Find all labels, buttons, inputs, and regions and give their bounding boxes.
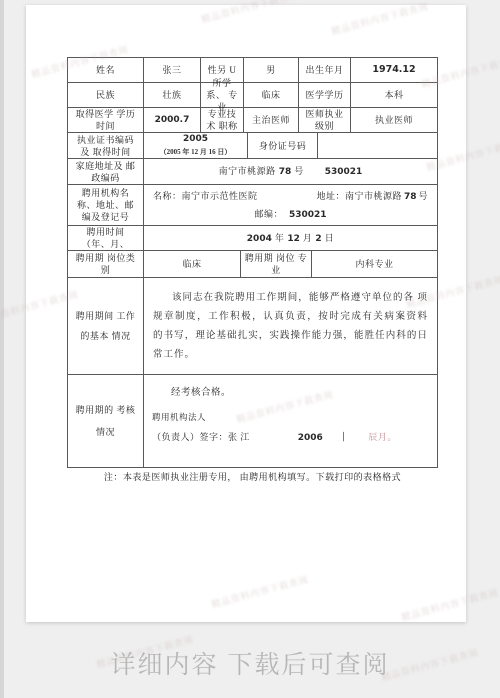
field-value-post-category: 临床 bbox=[143, 251, 240, 277]
certificate-number: 2005 bbox=[183, 133, 208, 145]
stamp-text: 辰月。 bbox=[368, 431, 397, 443]
field-value-employment-date: 2004 年 12 月 2 日 bbox=[143, 226, 437, 250]
field-value-major: 临床 bbox=[243, 83, 298, 107]
field-label-post-category: 聘用期 岗位类 别 bbox=[68, 251, 143, 277]
field-label-major: 所学系、 专 业 bbox=[200, 83, 243, 107]
field-label-birthdate: 出生年月 bbox=[298, 58, 350, 82]
work-summary-paragraph: 该同志在我院聘用工作期间，能够严格遵守单位的各 项规章制度，工作积极，认真负责，… bbox=[153, 289, 428, 365]
registration-form-table: 姓名 张三 性另 U 男 出生年月 1974.12 民族 壮族 所学系、 专 业… bbox=[67, 57, 438, 468]
employer-zip-code: 530021 bbox=[289, 209, 327, 221]
table-row: 聘用机构名 称、地址、邮 编及登记号 名称：南宁市示范性医院 地址：南宁市桃源路… bbox=[68, 184, 437, 225]
field-value-education-date: 2000.7 bbox=[143, 108, 200, 132]
page-background: { "form": { "r1": { "l1": "姓名", "v1": "张… bbox=[0, 0, 500, 698]
home-address-number: 78 bbox=[279, 166, 292, 178]
document-page: 姓名 张三 性另 U 男 出生年月 1974.12 民族 壮族 所学系、 专 业… bbox=[26, 5, 466, 622]
field-value-practice-level: 执业医师 bbox=[350, 108, 437, 132]
employment-month: 12 bbox=[287, 233, 300, 245]
table-row: 家庭地址及 邮政编码 南宁市桃源路 78 号 530021 bbox=[68, 158, 437, 184]
field-value-ethnicity: 壮族 bbox=[143, 83, 200, 107]
field-value-birthdate: 1974.12 bbox=[350, 58, 437, 82]
signature-year: 2006 bbox=[298, 432, 323, 444]
field-value-education: 本科 bbox=[350, 83, 437, 107]
red-mark: ｜ bbox=[339, 432, 349, 444]
certificate-date: （2005 年 12 月 16 日） bbox=[160, 146, 232, 158]
field-value-assessment: 经考核合格。 聘用机构法人 （负责人）签字：张 江 2006 ｜ 辰月。 bbox=[143, 375, 437, 467]
day-unit: 日 bbox=[325, 232, 335, 244]
field-label-post-specialty: 聘用期 岗位 专业 bbox=[240, 251, 311, 277]
table-row: 执业证书编码 及 取得时间 2005 （2005 年 12 月 16 日） 身份… bbox=[68, 132, 437, 158]
field-value-gender: 男 bbox=[243, 58, 298, 82]
table-row: 取得医学 学历时间 2000.7 专业技术 职称 主治医师 医师执业 级别 执业… bbox=[68, 107, 437, 132]
field-value-id-number bbox=[317, 133, 437, 158]
field-label-ethnicity: 民族 bbox=[68, 83, 143, 107]
field-label-id-number: 身份证号码 bbox=[247, 133, 317, 158]
table-row: 聘用期的 考核情况 经考核合格。 聘用机构法人 （负责人）签字：张 江 2006… bbox=[68, 374, 437, 467]
field-label-certificate: 执业证书编码 及 取得时间 bbox=[68, 133, 143, 158]
field-label-education-date: 取得医学 学历时间 bbox=[68, 108, 143, 132]
home-address-street: 南宁市桃源路 bbox=[219, 165, 276, 177]
table-row: 聘用期间 工作的基本 情况 该同志在我院聘用工作期间，能够严格遵守单位的各 项规… bbox=[68, 277, 437, 374]
field-label-employment-date: 聘用时间 （年、月、 bbox=[68, 226, 143, 250]
field-label-practice-level: 医师执业 级别 bbox=[298, 108, 350, 132]
field-label-work-summary: 聘用期间 工作的基本 情况 bbox=[68, 278, 143, 374]
field-label-assessment: 聘用期的 考核情况 bbox=[68, 375, 143, 467]
field-value-name: 张三 bbox=[143, 58, 200, 82]
table-row: 民族 壮族 所学系、 专 业 临床 医学学历 本科 bbox=[68, 82, 437, 107]
table-row: 聘用时间 （年、月、 2004 年 12 月 2 日 bbox=[68, 225, 437, 250]
home-zip-code: 530021 bbox=[325, 166, 363, 178]
field-label-home-address: 家庭地址及 邮政编码 bbox=[68, 159, 143, 184]
employment-day: 2 bbox=[315, 233, 321, 245]
assessment-result: 经考核合格。 bbox=[152, 387, 231, 399]
table-row: 聘用期 岗位类 别 临床 聘用期 岗位 专业 内科专业 bbox=[68, 250, 437, 277]
table-row: 姓名 张三 性另 U 男 出生年月 1974.12 bbox=[68, 58, 437, 82]
field-value-work-summary: 该同志在我院聘用工作期间，能够严格遵守单位的各 项规章制度，工作积极，认真负责，… bbox=[143, 278, 437, 374]
employer-zip-label: 邮编： bbox=[254, 208, 283, 220]
employer-address: 地址：南宁市桃源路 bbox=[316, 190, 402, 202]
field-value-home-address: 南宁市桃源路 78 号 530021 bbox=[143, 159, 437, 184]
signature-text: （负责人）签字：张 江 bbox=[152, 431, 250, 443]
field-label-name: 姓名 bbox=[68, 58, 143, 82]
field-value-employer: 名称：南宁市示范性医院 地址：南宁市桃源路 78 号 邮编： 530021 bbox=[143, 185, 437, 225]
employer-address-unit: 号 bbox=[418, 190, 428, 202]
window-edge-strip bbox=[0, 0, 4, 698]
legal-person-label: 聘用机构法人 bbox=[152, 411, 206, 423]
form-footnote: 注：本表是医师执业注册专用， 由聘用机构填写。下载打印的表格格式 bbox=[67, 470, 438, 483]
month-unit: 月 bbox=[303, 232, 313, 244]
employer-address-number: 78 bbox=[404, 191, 417, 203]
home-address-unit: 号 bbox=[294, 165, 304, 177]
year-unit: 年 bbox=[275, 232, 285, 244]
preview-caption: 详细内容 下载后可查阅 bbox=[0, 645, 500, 681]
employment-year: 2004 bbox=[247, 233, 272, 245]
field-value-post-specialty: 内科专业 bbox=[311, 251, 437, 277]
field-label-education: 医学学历 bbox=[298, 83, 350, 107]
field-value-title: 主治医师 bbox=[243, 108, 298, 132]
employer-name: 名称：南宁市示范性医院 bbox=[153, 190, 258, 202]
field-label-employer: 聘用机构名 称、地址、邮 编及登记号 bbox=[68, 185, 143, 225]
field-label-title: 专业技术 职称 bbox=[200, 108, 243, 132]
field-value-certificate: 2005 （2005 年 12 月 16 日） bbox=[143, 133, 247, 158]
